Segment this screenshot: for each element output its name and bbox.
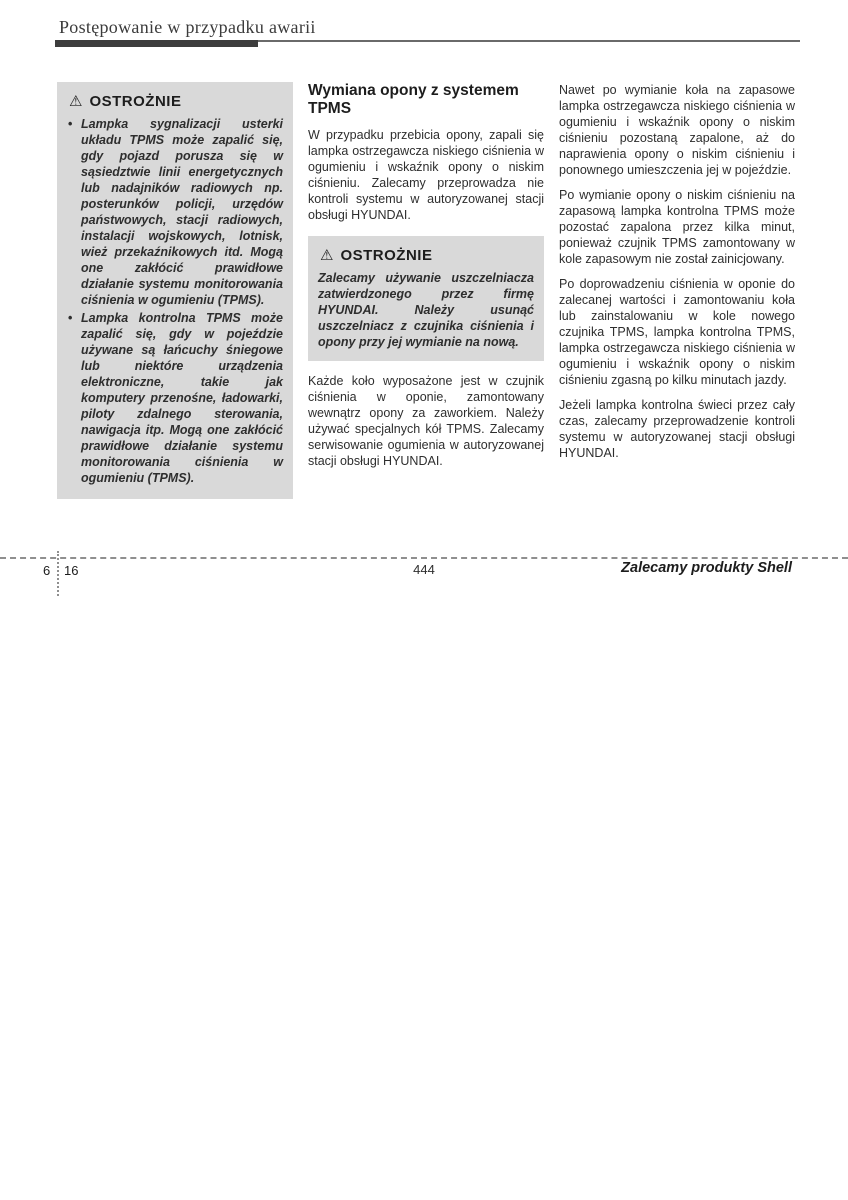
caution-box-left: ⚠ OSTROŻNIE Lampka sygnalizacji usterki …: [57, 82, 293, 499]
section-heading: Wymiana opony z systemem TPMS: [308, 82, 544, 118]
paragraph: Po doprowadzeniu ciśnienia w oponie do z…: [559, 276, 795, 388]
caution-header: ⚠ OSTROŻNIE: [69, 93, 283, 110]
caution-text: Zalecamy używanie uszczelniacza zatwierd…: [318, 270, 534, 350]
caution-header: ⚠ OSTROŻNIE: [320, 247, 534, 264]
column-left: ⚠ OSTROŻNIE Lampka sygnalizacji usterki …: [57, 82, 293, 499]
caution-bullet-list: Lampka sygnalizacji usterki układu TPMS …: [67, 116, 283, 486]
paragraph: Każde koło wyposażone jest w czujnik ciś…: [308, 373, 544, 469]
content-columns: ⚠ OSTROŻNIE Lampka sygnalizacji usterki …: [57, 82, 793, 499]
header-rule-thick: [55, 40, 258, 47]
header-rule-thin: [258, 40, 800, 42]
page-header-title: Postępowanie w przypadku awarii: [59, 17, 316, 38]
caution-box-middle: ⚠ OSTROŻNIE Zalecamy używanie uszczelnia…: [308, 236, 544, 361]
warning-triangle-icon: ⚠: [69, 94, 82, 109]
footer-slogan: Zalecamy produkty Shell: [621, 560, 792, 576]
footer-dashed-rule: [0, 557, 848, 559]
paragraph: Nawet po wymianie koła na zapasowe lampk…: [559, 82, 795, 178]
paragraph: Po wymianie opony o niskim ciśnieniu na …: [559, 187, 795, 267]
caution-title: OSTROŻNIE: [340, 247, 432, 264]
warning-triangle-icon: ⚠: [320, 248, 333, 263]
paragraph: W przypadku przebicia opony, zapali się …: [308, 127, 544, 223]
caution-title: OSTROŻNIE: [89, 93, 181, 110]
caution-bullet: Lampka sygnalizacji usterki układu TPMS …: [67, 116, 283, 308]
column-right: Nawet po wymianie koła na zapasowe lampk…: [559, 82, 795, 499]
column-middle: Wymiana opony z systemem TPMS W przypadk…: [308, 82, 544, 499]
caution-bullet: Lampka kontrolna TPMS może zapalić się, …: [67, 310, 283, 486]
paragraph: Jeżeli lampka kontrolna świeci przez cał…: [559, 397, 795, 461]
